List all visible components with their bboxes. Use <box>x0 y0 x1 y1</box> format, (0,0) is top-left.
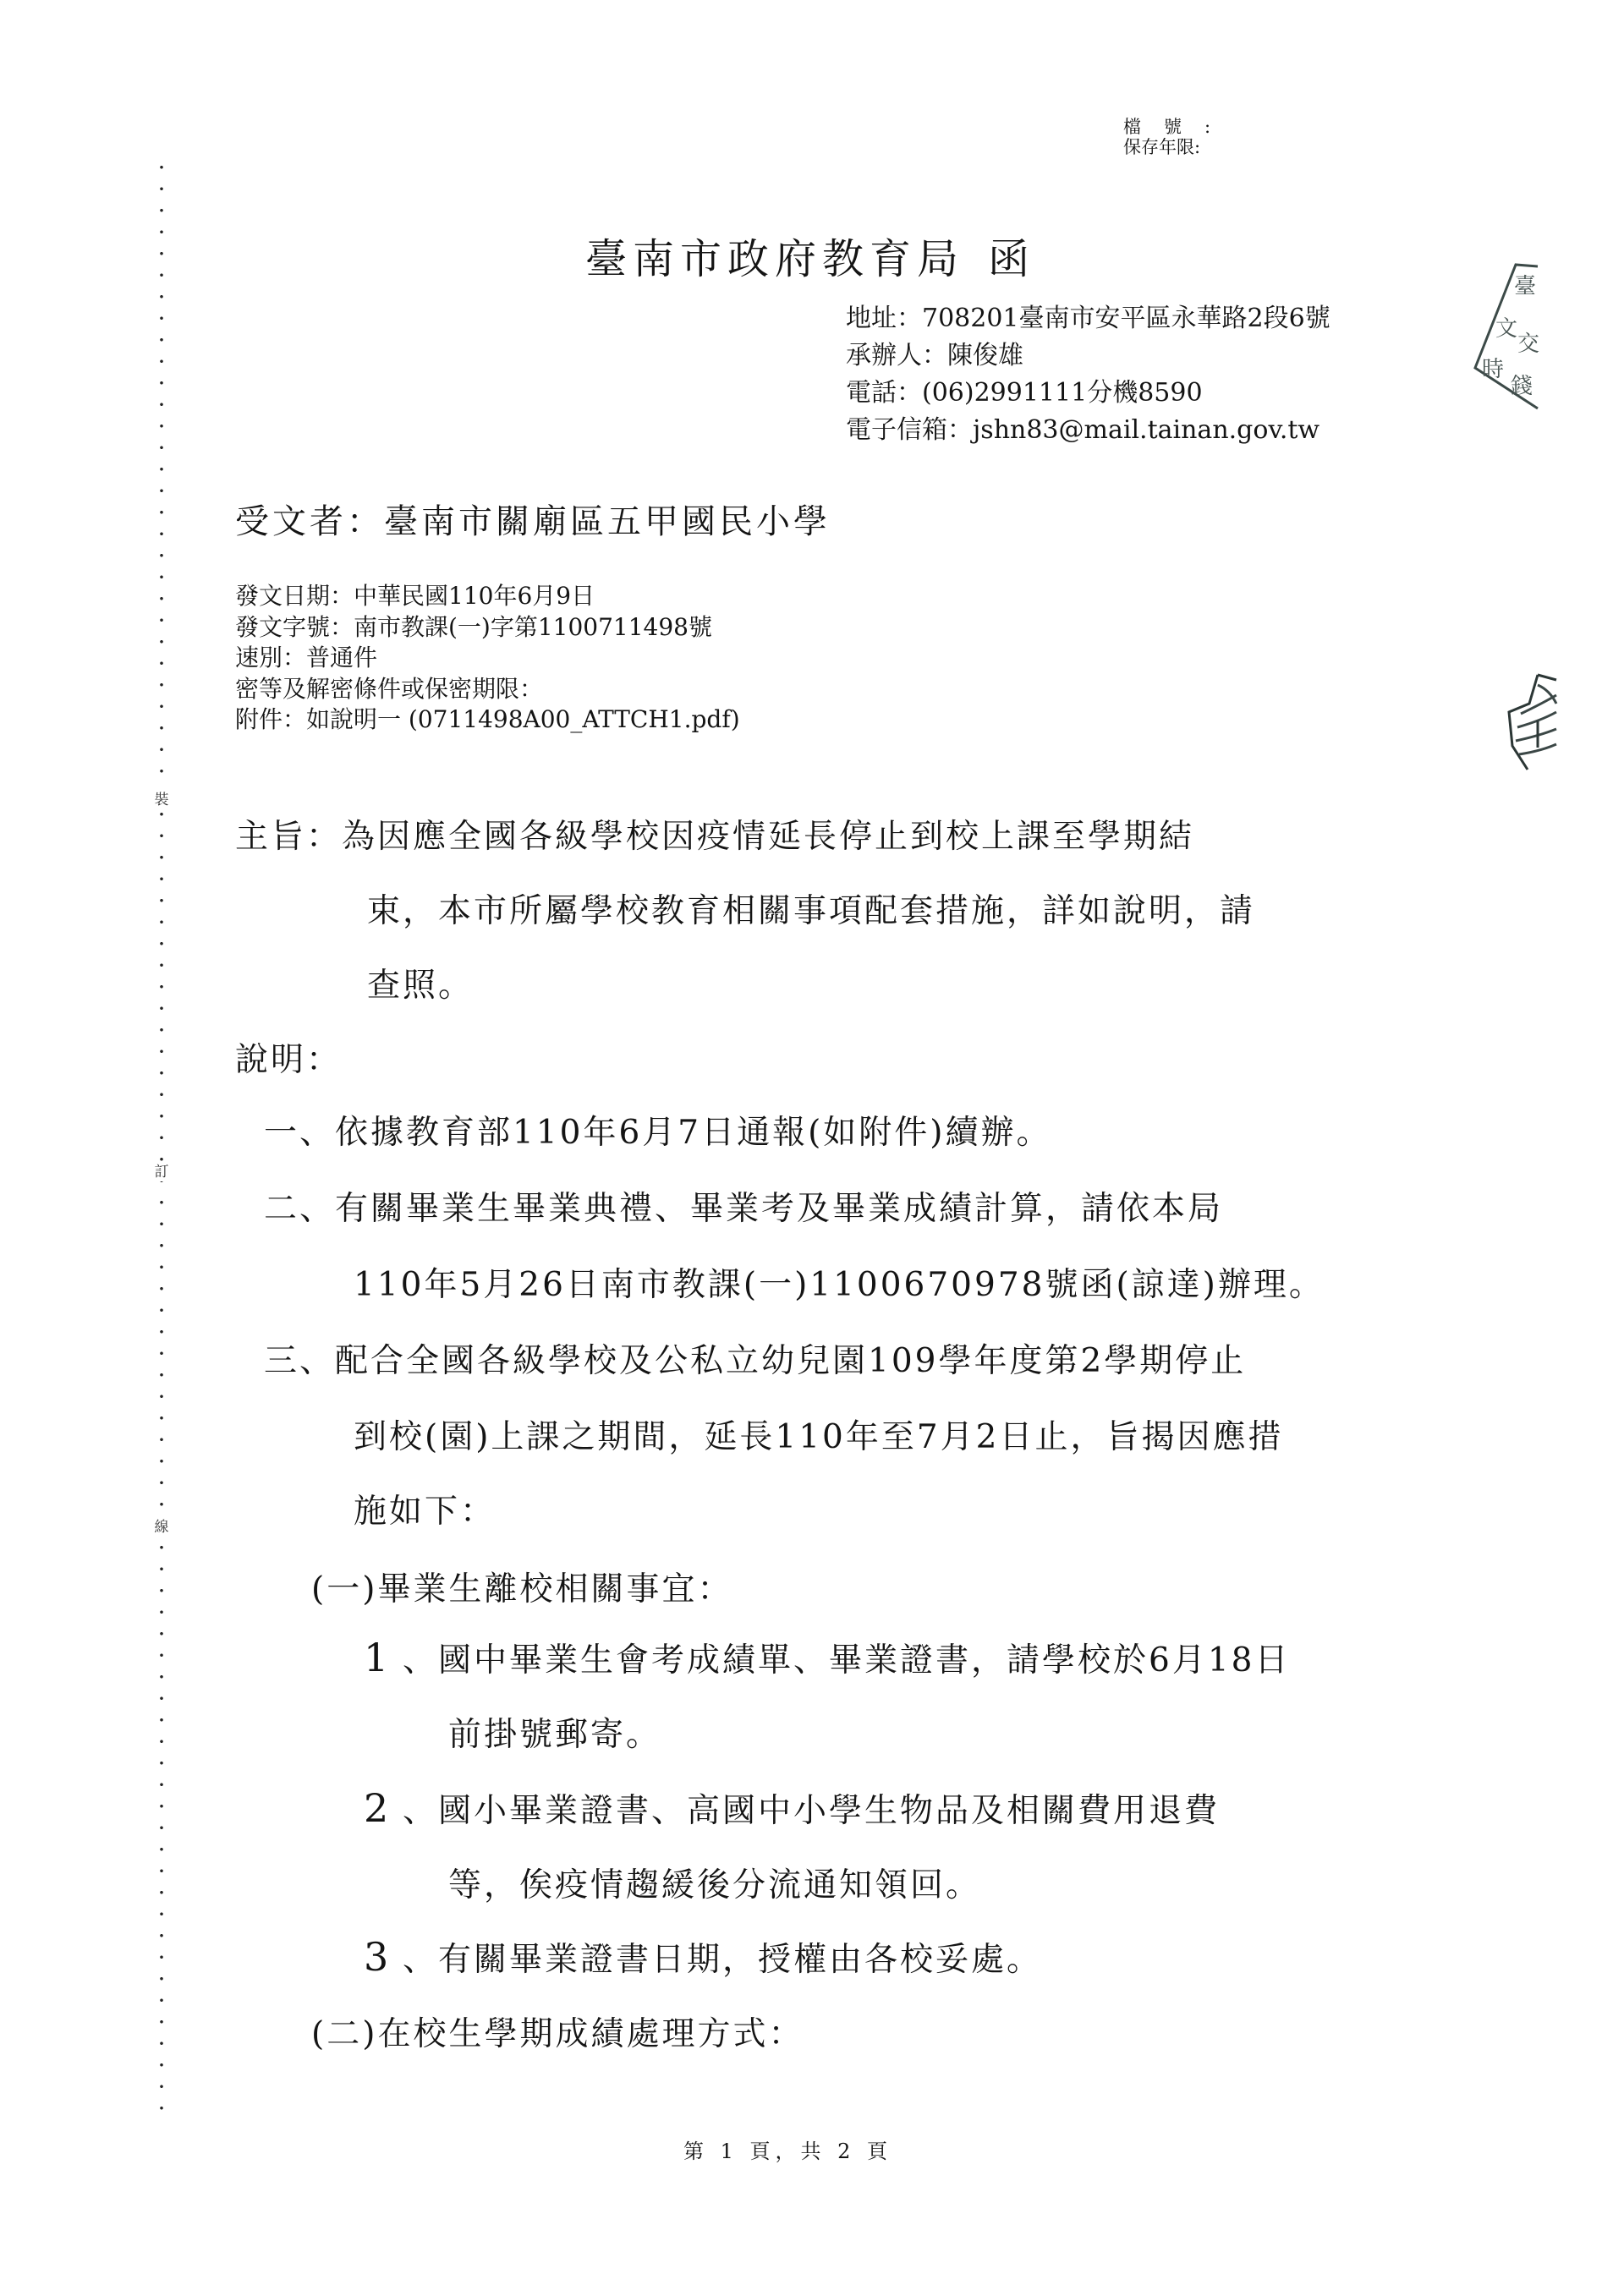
subsection-marker: (一) <box>311 1570 377 1608</box>
svg-text:時: 時 <box>1482 357 1504 382</box>
item-marker: 三、 <box>264 1342 335 1380</box>
email: 電子信箱：jshn83@mail.tainan.gov.tw <box>846 412 1330 449</box>
file-number-label: 檔號: <box>1123 117 1233 137</box>
description-label: 說明： <box>235 1033 342 1081</box>
description-item-2: 二、有關畢業生畢業典禮、畢業考及畢業成績計算，請依本局 <box>264 1182 1223 1230</box>
description-item-3-cont-2: 施如下： <box>354 1485 496 1532</box>
point-text: 、有關畢業證書日期，授權由各校妥處。 <box>403 1941 1042 1979</box>
point-text: 、國小畢業證書、高國中小學生物品及相關費用退費 <box>403 1792 1220 1830</box>
binding-label-bind: 裝 <box>152 791 171 809</box>
archive-info: 檔號: 保存年限: <box>1123 117 1233 157</box>
subsection-1-point-2: 2、國小畢業證書、高國中小學生物品及相關費用退費 <box>364 1784 1220 1832</box>
subsection-1-point-1: 1、國中畢業生會考成績單、畢業證書，請學校於6月18日 <box>364 1634 1290 1681</box>
delivery-speed: 速別：普通件 <box>235 643 740 674</box>
recipient: 受文者：臺南市關廟區五甲國民小學 <box>235 495 831 543</box>
retention-period-label: 保存年限: <box>1123 137 1200 157</box>
svg-text:交: 交 <box>1517 332 1539 357</box>
subsection-title: 畢業生離校相關事宜： <box>377 1570 732 1608</box>
agency-name: 臺南市政府教育局 <box>585 235 964 283</box>
subject-line-3: 查照。 <box>367 959 474 1006</box>
secrecy-level: 密等及解密條件或保密期限： <box>235 674 740 705</box>
description-item-2-cont: 110年5月26日南市教課(一)1100670978號函(諒達)辦理。 <box>354 1258 1325 1306</box>
subsection-1-point-3: 3、有關畢業證書日期，授權由各校妥處。 <box>364 1933 1042 1981</box>
point-number: 2 <box>364 1785 403 1831</box>
address: 地址：708201臺南市安平區永華路2段6號 <box>846 300 1330 337</box>
phone: 電話：(06)2991111分機8590 <box>846 375 1330 412</box>
subsection-1-heading: (一)畢業生離校相關事宜： <box>311 1563 732 1610</box>
received-stamp-icon: 臺 文 交 時 錢 <box>1472 258 1539 414</box>
document-meta: 發文日期：中華民國110年6月9日 發文字號：南市教課(一)字第11007114… <box>235 581 740 736</box>
subsection-1-point-1-cont: 前掛號郵寄。 <box>448 1708 661 1756</box>
point-number: 3 <box>364 1934 403 1980</box>
binding-label-staple: 訂 <box>152 1163 171 1181</box>
subsection-1-point-2-cont: 等，俟疫情趨緩後分流通知領回。 <box>448 1859 981 1906</box>
item-marker: 二、 <box>264 1190 335 1228</box>
item-marker: 一、 <box>264 1114 335 1152</box>
svg-text:臺: 臺 <box>1514 274 1536 299</box>
description-item-1: 一、依據教育部110年6月7日通報(如附件)續辦。 <box>264 1106 1052 1153</box>
subsection-2-heading: (二)在校生學期成績處理方式： <box>311 2008 804 2055</box>
point-number: 1 <box>364 1635 403 1680</box>
binding-dotted-line <box>160 156 163 2127</box>
document-number: 發文字號：南市教課(一)字第1100711498號 <box>235 612 740 644</box>
document-type: 函 <box>988 235 1035 283</box>
subject-line-2: 束，本市所屬學校教育相關事項配套措施，詳如說明，請 <box>367 885 1255 932</box>
description-item-3: 三、配合全國各級學校及公私立幼兒園109學年度第2學期停止 <box>264 1334 1246 1382</box>
description-item-3-cont-1: 到校(園)上課之期間，延長110年至7月2日止，旨揭因應措 <box>354 1411 1284 1458</box>
document-title: 臺南市政府教育局函 <box>585 227 1035 286</box>
issue-date: 發文日期：中華民國110年6月9日 <box>235 581 740 612</box>
subsection-marker: (二) <box>311 2015 377 2053</box>
seal-stamp-icon <box>1504 670 1559 771</box>
subject-label: 主旨： <box>235 818 342 856</box>
subject-line-1: 主旨：為因應全國各級學校因疫情延長停止到校上課至學期結 <box>235 810 1194 858</box>
item-text: 配合全國各級學校及公私立幼兒園109學年度第2學期停止 <box>335 1342 1246 1380</box>
page-number: 第 1 頁，共 2 頁 <box>683 2134 892 2164</box>
point-text: 、國中畢業生會考成績單、畢業證書，請學校於6月18日 <box>403 1641 1290 1680</box>
svg-text:文: 文 <box>1495 316 1517 342</box>
subject-text: 為因應全國各級學校因疫情延長停止到校上課至學期結 <box>342 818 1194 856</box>
contact-info: 地址：708201臺南市安平區永華路2段6號 承辦人：陳俊雄 電話：(06)29… <box>846 300 1330 449</box>
svg-text:錢: 錢 <box>1511 374 1533 399</box>
handler: 承辦人：陳俊雄 <box>846 337 1330 375</box>
item-text: 依據教育部110年6月7日通報(如附件)續辦。 <box>335 1114 1052 1152</box>
subsection-title: 在校生學期成績處理方式： <box>377 2015 804 2053</box>
binding-label-line: 線 <box>152 1518 171 1537</box>
attachment: 附件：如說明一 (0711498A00_ATTCH1.pdf) <box>235 704 740 736</box>
item-text: 有關畢業生畢業典禮、畢業考及畢業成績計算，請依本局 <box>335 1190 1223 1228</box>
